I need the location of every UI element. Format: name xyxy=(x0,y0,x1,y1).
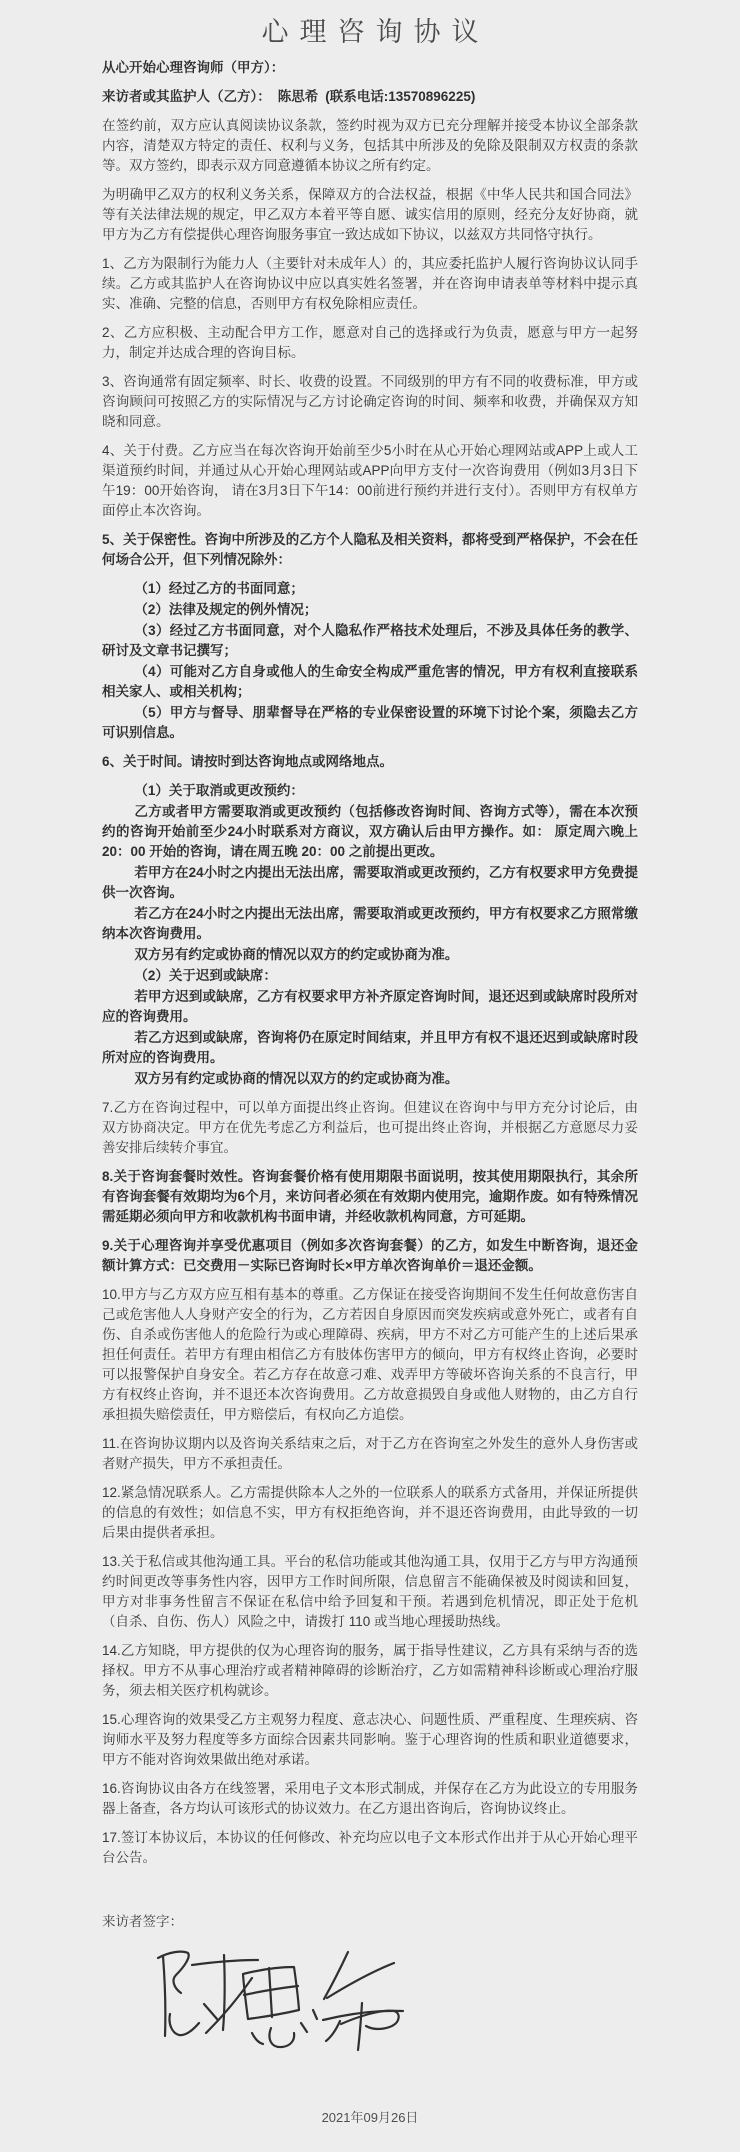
clause-6-item-2-text-3: 双方另有约定或协商的情况以双方的约定或协商为准。 xyxy=(102,1069,638,1089)
clause-5-item-3: （3）经过乙方书面同意，对个人隐私作严格技术处理后，不涉及具体任务的教学、研讨及… xyxy=(102,621,638,661)
clause-12: 12.紧急情况联系人。乙方需提供除本人之外的一位联系人的联系方式备用，并保证所提… xyxy=(102,1483,638,1543)
clause-17: 17.签订本协议后，本协议的任何修改、补充均应以电子文本形式作出并于从心开始心理… xyxy=(102,1828,638,1868)
clause-15: 15.心理咨询的效果受乙方主观努力程度、意志决心、问题性质、严重程度、生理疾病、… xyxy=(102,1710,638,1770)
clause-6-item-2-text-2: 若乙方迟到或缺席，咨询将仍在原定时间结束，并且甲方有权不退还迟到或缺席时段所对应… xyxy=(102,1028,638,1068)
clause-13: 13.关于私信或其他沟通工具。平台的私信功能或其他沟通工具，仅用于乙方与甲方沟通… xyxy=(102,1552,638,1632)
clause-6-item-1-text-1: 乙方或者甲方需要取消或更改预约（包括修改咨询时间、咨询方式等），需在本次预约的咨… xyxy=(102,802,638,862)
clause-1: 1、乙方为限制行为能力人（主要针对未成年人）的，其应委托监护人履行咨询协议认同手… xyxy=(102,254,638,314)
clause-6: 6、关于时间。请按时到达咨询地点或网络地点。 xyxy=(102,752,638,772)
party-b-label: 来访者或其监护人（乙方）： xyxy=(102,89,271,104)
clause-5-item-4: （4）可能对乙方自身或他人的生命安全构成严重危害的情况，甲方有权利直接联系相关家… xyxy=(102,662,638,702)
clause-8: 8.关于咨询套餐时效性。咨询套餐价格有使用期限书面说明，按其使用期限执行，其余所… xyxy=(102,1167,638,1227)
clause-16: 16.咨询协议由各方在线签署，采用电子文本形式制成，并保存在乙方为此设立的专用服… xyxy=(102,1779,638,1819)
intro-paragraph-2: 为明确甲乙双方的权利义务关系，保障双方的合法权益，根据《中华人民共和国合同法》等… xyxy=(102,185,638,245)
handwritten-signature xyxy=(154,1944,638,2064)
signature-ink-icon xyxy=(154,1944,406,2062)
party-b-contact: (联系电话:13570896225) xyxy=(325,89,475,104)
agreement-document: 心理咨询协议 从心开始心理咨询师（甲方）： 来访者或其监护人（乙方）：陈思希(联… xyxy=(0,0,740,2152)
clause-6-item-2-text-1: 若甲方迟到或缺席，乙方有权要求甲方补齐原定咨询时间，退还迟到或缺席时段所对应的咨… xyxy=(102,987,638,1027)
party-a-label: 从心开始心理咨询师（甲方）： xyxy=(102,60,284,75)
clause-14: 14.乙方知晓，甲方提供的仅为心理咨询的服务，属于指导性建议，乙方具有采纳与否的… xyxy=(102,1641,638,1701)
clause-6-item-1: （1）关于取消或更改预约： xyxy=(102,781,638,801)
signature-date: 2021年09月26日 xyxy=(102,2108,638,2128)
clause-6-item-1-text-3: 若乙方在24小时之内提出无法出席，需要取消或更改预约，甲方有权要求乙方照常缴纳本… xyxy=(102,904,638,944)
clause-5-item-2: （2）法律及规定的例外情况； xyxy=(102,600,638,620)
clause-2: 2、乙方应积极、主动配合甲方工作，愿意对自己的选择或行为负责，愿意与甲方一起努力… xyxy=(102,323,638,363)
party-a-line: 从心开始心理咨询师（甲方）： xyxy=(102,58,638,78)
clause-11: 11.在咨询协议期内以及咨询关系结束之后，对于乙方在咨询室之外发生的意外人身伤害… xyxy=(102,1434,638,1474)
clause-4: 4、关于付费。乙方应当在每次咨询开始前至少5小时在从心开始心理网站或APP上或人… xyxy=(102,441,638,521)
clause-5-item-5: （5）甲方与督导、朋辈督导在严格的专业保密设置的环境下讨论个案，须隐去乙方可识别… xyxy=(102,703,638,743)
clause-6-item-1-text-4: 双方另有约定或协商的情况以双方的约定或协商为准。 xyxy=(102,945,638,965)
party-b-name: 陈思希 xyxy=(278,89,319,104)
clause-5-item-1: （1）经过乙方的书面同意； xyxy=(102,579,638,599)
clause-6-item-1-text-2: 若甲方在24小时之内提出无法出席，需要取消或更改预约，乙方有权要求甲方免费提供一… xyxy=(102,863,638,903)
clause-9: 9.关于心理咨询并享受优惠项目（例如多次咨询套餐）的乙方，如发生中断咨询，退还金… xyxy=(102,1236,638,1276)
clause-7: 7.乙方在咨询过程中，可以单方面提出终止咨询。但建议在咨询中与甲方充分讨论后，由… xyxy=(102,1098,638,1158)
page-title: 心理咨询协议 xyxy=(102,10,638,49)
clause-3: 3、咨询通常有固定频率、时长、收费的设置。不同级别的甲方有不同的收费标准，甲方或… xyxy=(102,372,638,432)
clause-10: 10.甲方与乙方双方应互相有基本的尊重。乙方保证在接受咨询期间不发生任何故意伤害… xyxy=(102,1285,638,1425)
party-b-line: 来访者或其监护人（乙方）：陈思希(联系电话:13570896225) xyxy=(102,87,638,107)
visitor-signature-label: 来访者签字： xyxy=(102,1912,638,1932)
clause-6-item-2: （2）关于迟到或缺席： xyxy=(102,966,638,986)
intro-paragraph-1: 在签约前，双方应认真阅读协议条款，签约时视为双方已充分理解并接受本协议全部条款内… xyxy=(102,116,638,176)
clause-5: 5、关于保密性。咨询中所涉及的乙方个人隐私及相关资料，都将受到严格保护，不会在任… xyxy=(102,530,638,570)
